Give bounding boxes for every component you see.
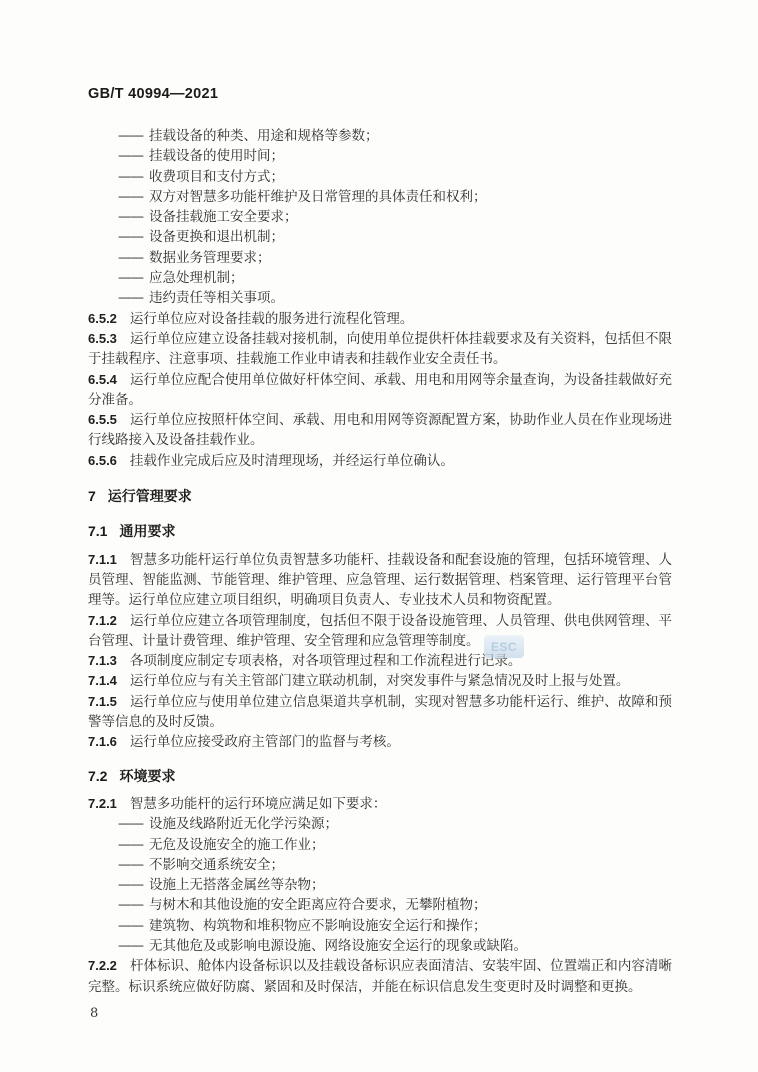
section-7-heading: 7运行管理要求 [88, 486, 672, 506]
dash-prefix: —— [118, 857, 143, 873]
clause-7-1-3: 7.1.3各项制度应制定专项表格，对各项管理过程和工作流程进行记录。 [88, 651, 672, 671]
list-item-text: 设施及线路附近无化学污染源； [149, 816, 338, 832]
dash-prefix: —— [118, 169, 143, 185]
list-item: ——无危及设施安全的施工作业； [88, 835, 672, 855]
list-item-text: 建筑物、构筑物和堆积物应不影响设施安全运行和操作； [149, 918, 487, 934]
dash-prefix: —— [118, 128, 143, 144]
section-number: 7 [88, 488, 96, 504]
clause-number: 7.1.5 [88, 694, 117, 709]
list-item: ——设备挂载施工安全要求； [88, 207, 672, 227]
clause-text: 运行单位应与使用单位建立信息渠道共享机制，实现对智慧多功能杆运行、维护、故障和预… [88, 694, 672, 730]
dash-prefix: —— [118, 918, 143, 934]
clause-text: 运行单位应按照杆体空间、承载、用电和用网等资源配置方案，协助作业人员在作业现场进… [88, 412, 672, 448]
clause-6-5-6: 6.5.6挂载作业完成后应及时清理现场，并经运行单位确认。 [88, 451, 672, 471]
clause-7-2-2: 7.2.2杆体标识、舱体内设备标识以及挂载设备标识应表面清洁、安装牢固、位置端正… [88, 956, 672, 997]
list-item-text: 不影响交通系统安全； [149, 857, 284, 873]
list-item: ——设施上无搭落金属丝等杂物； [88, 875, 672, 895]
list-item-text: 双方对智慧多功能杆维护及日常管理的具体责任和权利； [149, 189, 487, 205]
dash-prefix: —— [118, 938, 143, 954]
clause-text: 挂载作业完成后应及时清理现场，并经运行单位确认。 [130, 453, 454, 469]
page-number: 8 [90, 1006, 98, 1021]
section-title: 运行管理要求 [108, 488, 192, 504]
dash-prefix: —— [118, 897, 143, 913]
clause-7-1-5: 7.1.5运行单位应与使用单位建立信息渠道共享机制，实现对智慧多功能杆运行、维护… [88, 692, 672, 733]
section-number: 7.2 [88, 768, 107, 784]
environment-items-list: ——设施及线路附近无化学污染源； ——无危及设施安全的施工作业； ——不影响交通… [88, 814, 672, 956]
list-item-text: 与树木和其他设施的安全距离应符合要求，无攀附植物； [149, 897, 487, 913]
list-item-text: 挂载设备的种类、用途和规格等参数； [149, 128, 379, 144]
list-item-text: 设施上无搭落金属丝等杂物； [149, 877, 325, 893]
section-title: 通用要求 [119, 523, 175, 539]
clause-number: 6.5.2 [88, 311, 117, 326]
clause-text: 运行单位应与有关主管部门建立联动机制，对突发事件与紧急情况及时上报与处置。 [130, 673, 630, 689]
list-item-text: 挂载设备的使用时间； [149, 148, 284, 164]
clause-number: 6.5.3 [88, 331, 117, 346]
clause-text: 运行单位应建立各项管理制度，包括但不限于设备设施管理、人员管理、供电供网管理、平… [88, 613, 672, 649]
clause-number: 7.2.2 [88, 958, 117, 973]
list-item-text: 设备更换和退出机制； [149, 229, 284, 245]
dash-prefix: —— [118, 250, 143, 266]
dash-prefix: —— [118, 189, 143, 205]
list-item-text: 无危及设施安全的施工作业； [149, 837, 325, 853]
page-content: ——挂载设备的种类、用途和规格等参数； ——挂载设备的使用时间； ——收费项目和… [88, 126, 672, 997]
list-item: ——建筑物、构筑物和堆积物应不影响设施安全运行和操作； [88, 916, 672, 936]
list-item: ——收费项目和支付方式； [88, 167, 672, 187]
list-item-text: 应急处理机制； [149, 270, 244, 286]
list-item: ——数据业务管理要求； [88, 248, 672, 268]
section-7-2-heading: 7.2环境要求 [88, 766, 672, 786]
document-page: GB/T 40994—2021 ——挂载设备的种类、用途和规格等参数； ——挂载… [0, 0, 758, 1072]
clause-number: 6.5.6 [88, 453, 117, 468]
clause-number: 7.1.6 [88, 734, 117, 749]
clause-text: 运行单位应接受政府主管部门的监督与考核。 [130, 734, 400, 750]
list-item: ——应急处理机制； [88, 268, 672, 288]
list-item-text: 无其他危及或影响电源设施、网络设施安全运行的现象或缺陷。 [149, 938, 527, 954]
list-item-text: 收费项目和支付方式； [149, 169, 284, 185]
list-item: ——挂载设备的种类、用途和规格等参数； [88, 126, 672, 146]
clause-text: 智慧多功能杆运行单位负责智慧多功能杆、挂载设备和配套设施的管理，包括环境管理、人… [88, 552, 672, 609]
clause-text: 运行单位应配合使用单位做好杆体空间、承载、用电和用网等余量查询，为设备挂载做好充… [88, 372, 672, 408]
clause-number: 7.1.1 [88, 552, 117, 567]
contract-items-list: ——挂载设备的种类、用途和规格等参数； ——挂载设备的使用时间； ——收费项目和… [88, 126, 672, 309]
clause-6-5-2: 6.5.2运行单位应对设备挂载的服务进行流程化管理。 [88, 309, 672, 329]
dash-prefix: —— [118, 209, 143, 225]
list-item: ——与树木和其他设施的安全距离应符合要求，无攀附植物； [88, 895, 672, 915]
list-item: ——双方对智慧多功能杆维护及日常管理的具体责任和权利； [88, 187, 672, 207]
section-title: 环境要求 [119, 768, 175, 784]
list-item: ——无其他危及或影响电源设施、网络设施安全运行的现象或缺陷。 [88, 936, 672, 956]
dash-prefix: —— [118, 229, 143, 245]
clause-7-1-4: 7.1.4运行单位应与有关主管部门建立联动机制，对突发事件与紧急情况及时上报与处… [88, 671, 672, 691]
clause-number: 7.1.3 [88, 653, 117, 668]
list-item-text: 设备挂载施工安全要求； [149, 209, 298, 225]
list-item: ——设备更换和退出机制； [88, 227, 672, 247]
clause-number: 7.1.2 [88, 613, 117, 628]
list-item: ——挂载设备的使用时间； [88, 146, 672, 166]
clause-6-5-3: 6.5.3运行单位应建立设备挂载对接机制，向使用单位提供杆体挂载要求及有关资料，… [88, 329, 672, 370]
clause-number: 7.1.4 [88, 673, 117, 688]
dash-prefix: —— [118, 816, 143, 832]
clause-text: 运行单位应对设备挂载的服务进行流程化管理。 [130, 311, 414, 327]
clause-7-1-1: 7.1.1智慧多功能杆运行单位负责智慧多功能杆、挂载设备和配套设施的管理，包括环… [88, 550, 672, 611]
dash-prefix: —— [118, 148, 143, 164]
clause-7-1-6: 7.1.6运行单位应接受政府主管部门的监督与考核。 [88, 732, 672, 752]
section-number: 7.1 [88, 523, 107, 539]
dash-prefix: —— [118, 290, 143, 306]
dash-prefix: —— [118, 270, 143, 286]
clause-6-5-4: 6.5.4运行单位应配合使用单位做好杆体空间、承载、用电和用网等余量查询，为设备… [88, 370, 672, 411]
clause-text: 各项制度应制定专项表格，对各项管理过程和工作流程进行记录。 [130, 653, 522, 669]
dash-prefix: —— [118, 877, 143, 893]
list-item-text: 违约责任等相关事项。 [149, 290, 284, 306]
clause-text: 杆体标识、舱体内设备标识以及挂载设备标识应表面清洁、安装牢固、位置端正和内容清晰… [88, 958, 672, 994]
clause-7-2-1: 7.2.1智慧多功能杆的运行环境应满足如下要求： [88, 794, 672, 814]
list-item: ——违约责任等相关事项。 [88, 288, 672, 308]
list-item: ——不影响交通系统安全； [88, 855, 672, 875]
list-item: ——设施及线路附近无化学污染源； [88, 814, 672, 834]
clause-6-5-5: 6.5.5运行单位应按照杆体空间、承载、用电和用网等资源配置方案，协助作业人员在… [88, 410, 672, 451]
clause-number: 6.5.4 [88, 372, 117, 387]
clause-7-1-2: 7.1.2运行单位应建立各项管理制度，包括但不限于设备设施管理、人员管理、供电供… [88, 611, 672, 652]
clause-text: 运行单位应建立设备挂载对接机制，向使用单位提供杆体挂载要求及有关资料，包括但不限… [88, 331, 672, 367]
clause-number: 7.2.1 [88, 796, 117, 811]
section-7-1-heading: 7.1通用要求 [88, 521, 672, 541]
dash-prefix: —— [118, 837, 143, 853]
doc-number-header: GB/T 40994—2021 [88, 86, 218, 102]
clause-number: 6.5.5 [88, 412, 117, 427]
list-item-text: 数据业务管理要求； [149, 250, 271, 266]
clause-text: 智慧多功能杆的运行环境应满足如下要求： [130, 796, 387, 812]
